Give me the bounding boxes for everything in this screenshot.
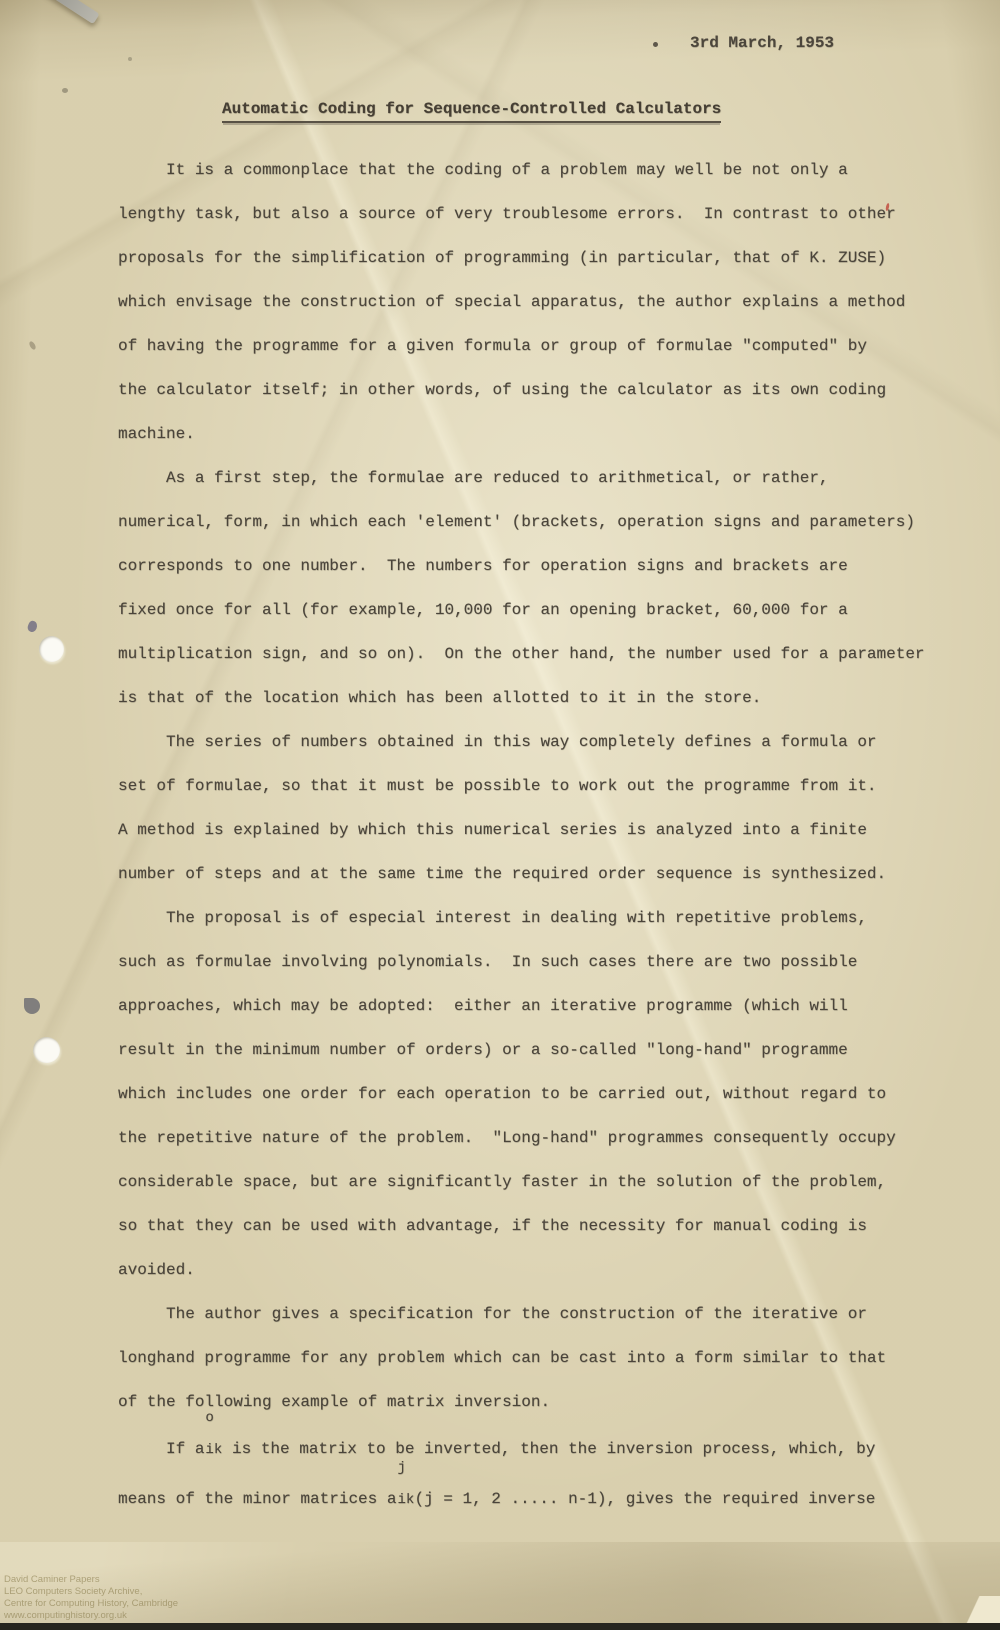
text-line: lengthy task, but also a source of very …: [118, 192, 928, 236]
text-line: It is a commonplace that the coding of a…: [118, 148, 928, 192]
text-line: corresponds to one number. The numbers f…: [118, 544, 928, 588]
text-line: proposals for the simplification of prog…: [118, 236, 928, 280]
text-line: The proposal is of especial interest in …: [118, 896, 928, 940]
text-line: so that they can be used with advantage,…: [118, 1204, 928, 1248]
text-line: A method is explained by which this nume…: [118, 808, 928, 852]
text-line: The series of numbers obtained in this w…: [118, 720, 928, 764]
ink-speck: [24, 998, 40, 1014]
watermark-line: LEO Computers Society Archive,: [4, 1586, 178, 1598]
text-line: such as formulae involving polynomials. …: [118, 940, 928, 984]
text-line: avoided.: [118, 1248, 928, 1292]
text-line: the repetitive nature of the problem. "L…: [118, 1116, 928, 1160]
text-line: is that of the location which has been a…: [118, 676, 928, 720]
text-line: multiplication sign, and so on). On the …: [118, 632, 928, 676]
paper-speck: [62, 88, 68, 93]
text-line: which includes one order for each operat…: [118, 1072, 928, 1116]
text-line: number of steps and at the same time the…: [118, 852, 928, 896]
document-title: Automatic Coding for Sequence-Controlled…: [222, 100, 721, 123]
text-line: longhand programme for any problem which…: [118, 1336, 928, 1380]
document-date: 3rd March, 1953: [690, 34, 834, 52]
text-line: As a first step, the formulae are reduce…: [118, 456, 928, 500]
hole-punch: [33, 1037, 60, 1063]
ink-speck: [26, 620, 39, 634]
text-line: approaches, which may be adopted: either…: [118, 984, 928, 1028]
hole-punch: [39, 636, 64, 662]
staple-mark: [34, 0, 99, 24]
text-line: fixed once for all (for example, 10,000 …: [118, 588, 928, 632]
text-line: means of the minor matrices ajik(j = 1, …: [118, 1474, 928, 1524]
text-line: considerable space, but are significantl…: [118, 1160, 928, 1204]
scan-edge: [0, 1623, 1000, 1630]
watermark-line: Centre for Computing History, Cambridge: [4, 1598, 178, 1610]
text-line: The author gives a specification for the…: [118, 1292, 928, 1336]
text-line: result in the minimum number of orders) …: [118, 1028, 928, 1072]
matrix-sub-superscript: jik: [396, 1487, 414, 1503]
paper-speck: [28, 340, 37, 350]
document-body: It is a commonplace that the coding of a…: [118, 148, 928, 1524]
text-line: the calculator itself; in other words, o…: [118, 368, 928, 412]
text-line: set of formulae, so that it must be poss…: [118, 764, 928, 808]
paper-speck: [128, 57, 132, 61]
matrix-sub-superscript: oik: [204, 1437, 222, 1453]
watermark-line: David Caminer Papers: [4, 1574, 178, 1586]
watermark-line: www.computinghistory.org.uk: [4, 1610, 178, 1622]
text-line: which envisage the construction of speci…: [118, 280, 928, 324]
paper-tear: [956, 1596, 1000, 1624]
ink-dot: [653, 42, 658, 47]
scanned-document-page: 3rd March, 1953 Automatic Coding for Seq…: [0, 0, 1000, 1630]
text-line: of the following example of matrix inver…: [118, 1380, 928, 1424]
text-line: numerical, form, in which each 'element'…: [118, 500, 928, 544]
archive-watermark: David Caminer PapersLEO Computers Societ…: [4, 1574, 178, 1622]
text-line: If aoik is the matrix to be inverted, th…: [118, 1424, 928, 1474]
text-line: machine.: [118, 412, 928, 456]
text-line: of having the programme for a given form…: [118, 324, 928, 368]
